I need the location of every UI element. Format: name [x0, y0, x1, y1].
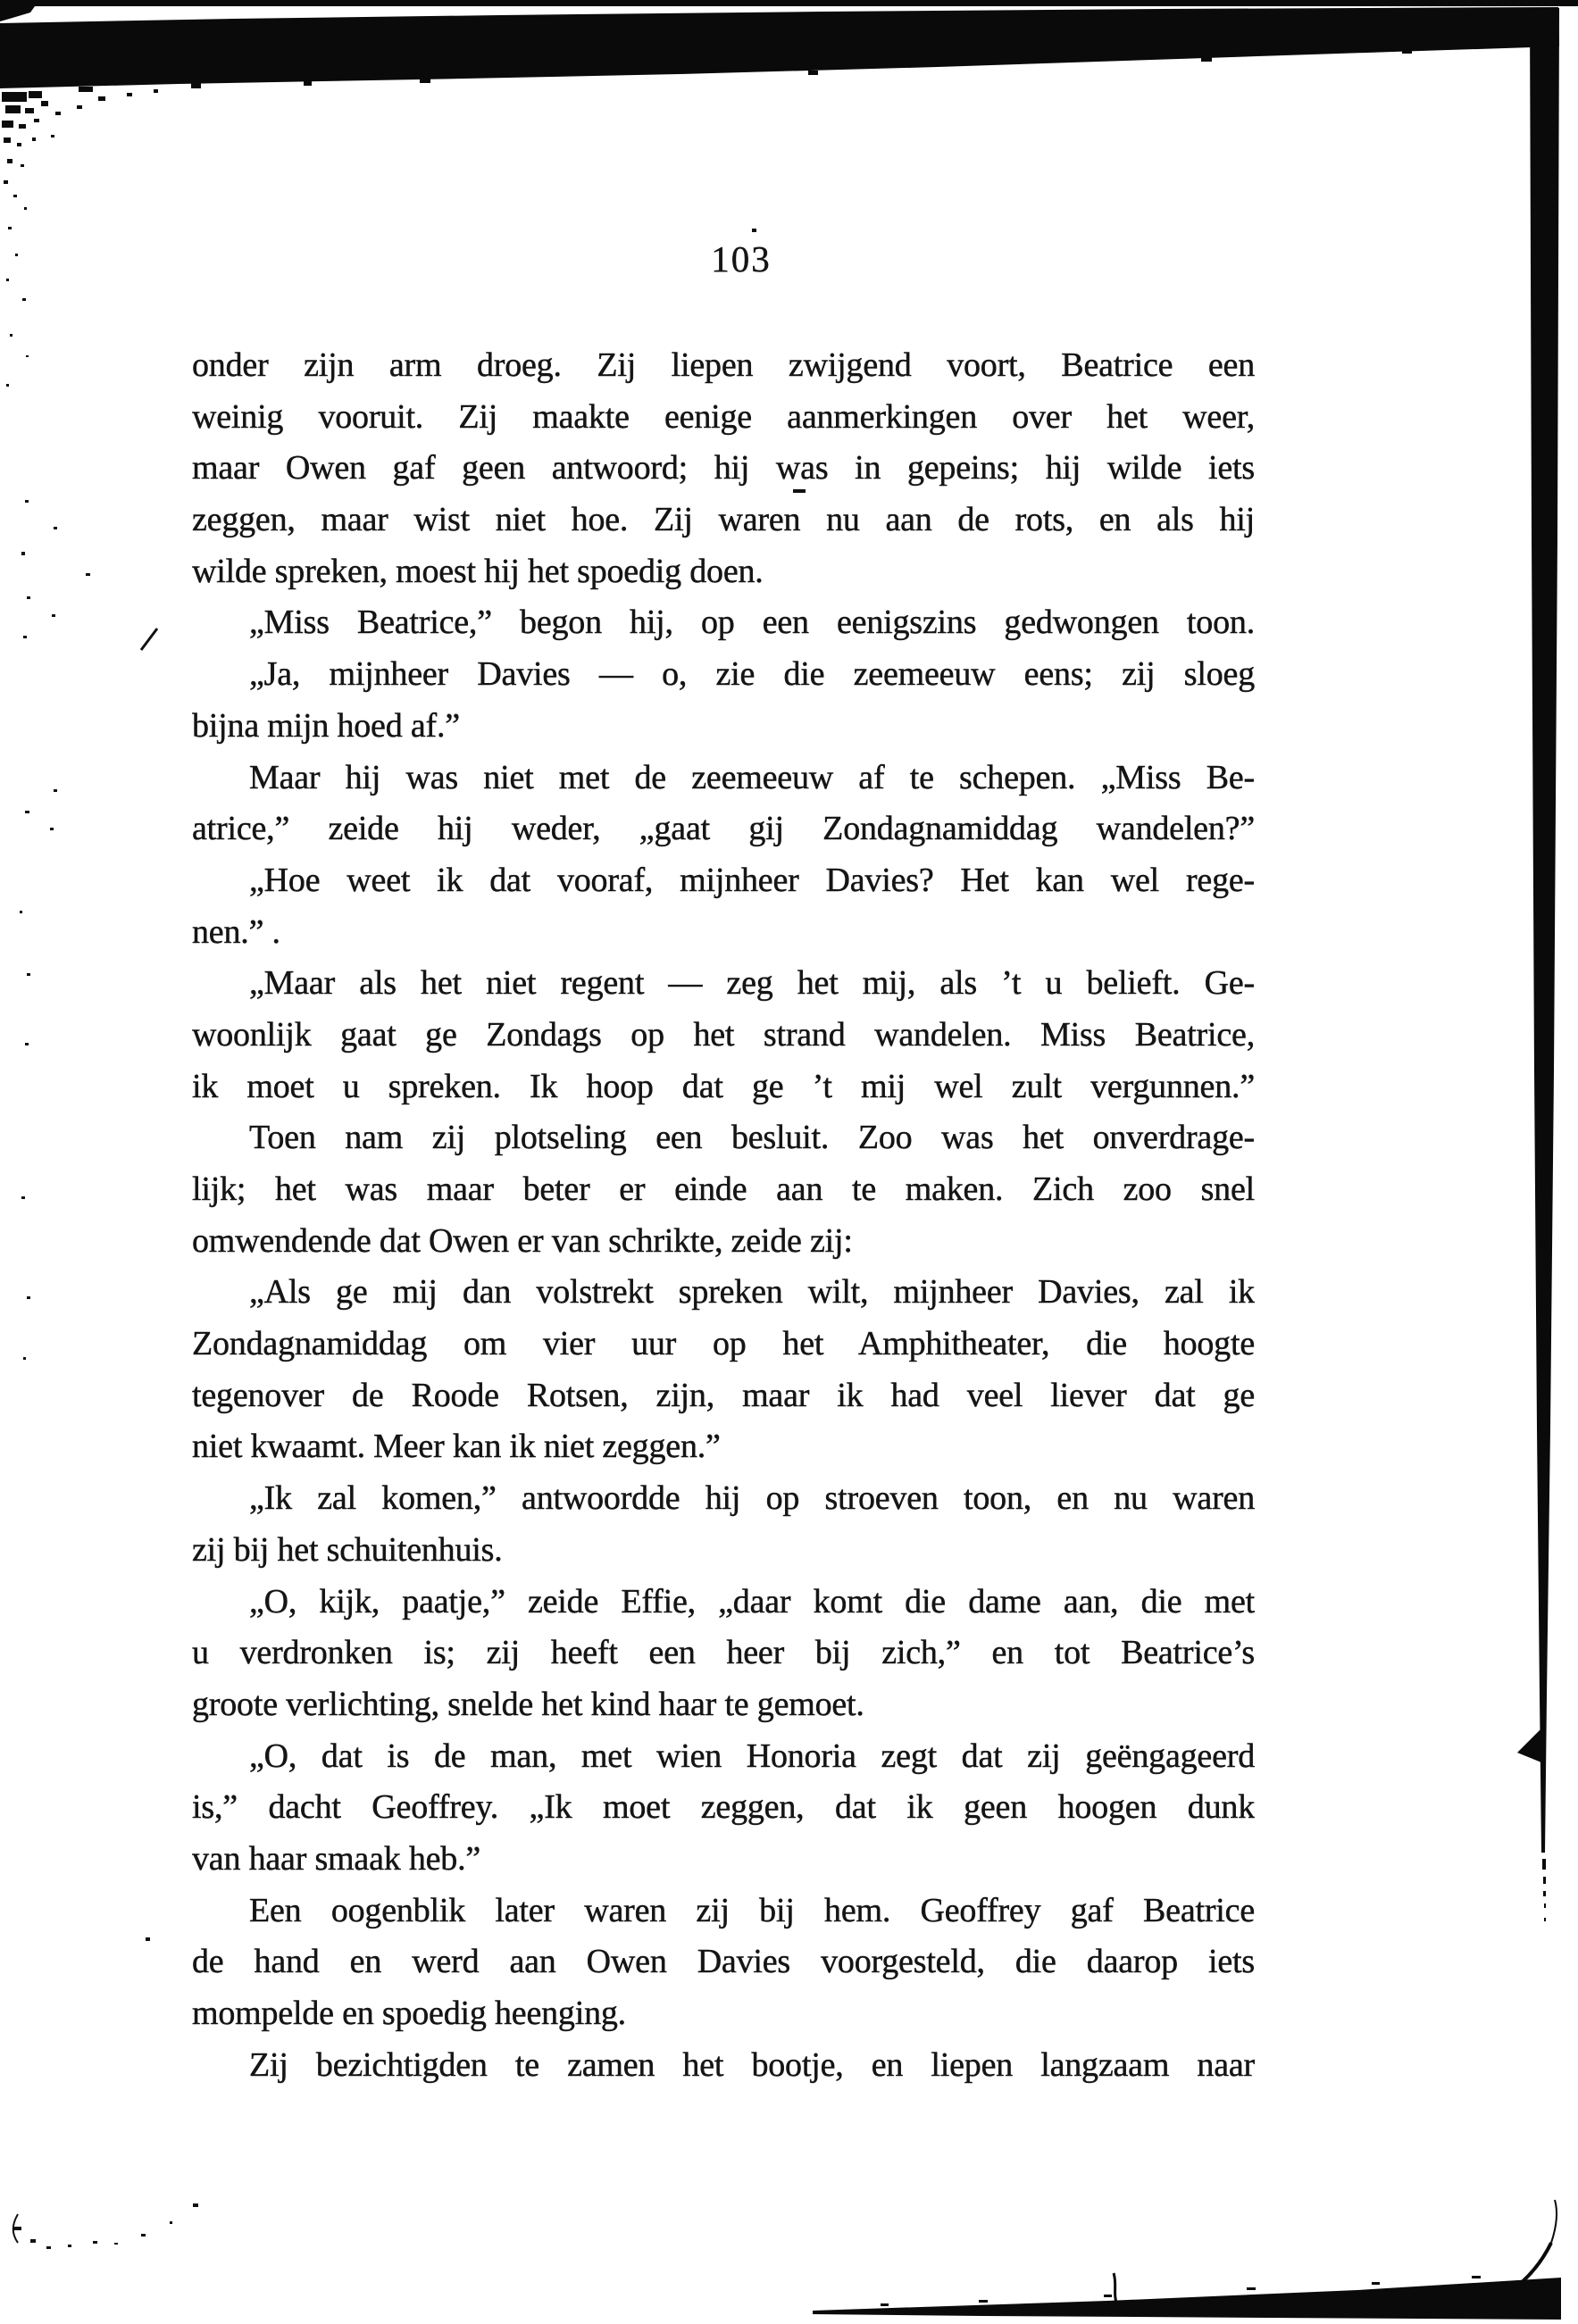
text-line: lijk; het was maar beter er einde aan te…	[192, 1164, 1255, 1216]
text-line: Een oogenblik later waren zij bij hem. G…	[192, 1886, 1255, 1937]
text-line: „Ja, mijnheer Davies — o, zie die zeemee…	[192, 649, 1255, 701]
text-line: woonlijk gaat ge Zondags op het strand w…	[192, 1010, 1255, 1062]
text-line: Toen nam zij plotseling een besluit. Zoo…	[192, 1112, 1255, 1164]
top-left-speckle-cluster	[2, 89, 158, 387]
text-line: ik moet u spreken. Ik hoop dat ge ’t mij…	[192, 1062, 1255, 1113]
text-line: „Miss Beatrice,” begon hij, op een eenig…	[192, 597, 1255, 649]
text-line: de hand en werd aan Owen Davies voorgest…	[192, 1937, 1255, 1988]
text-line: onder zijn arm droeg. Zij liepen zwijgen…	[192, 340, 1255, 392]
right-edge-shadow	[1517, 8, 1559, 1921]
text-line: Zij bezichtigden te zamen het bootje, en…	[192, 2040, 1255, 2092]
text-line: „Hoe weet ik dat vooraf, mijnheer Davies…	[192, 855, 1255, 907]
scanned-book-page: 103 onder zijn arm droeg. Zij liepen zwi…	[0, 0, 1578, 2324]
text-line: zeggen, maar wist niet hoe. Zij waren nu…	[192, 495, 1255, 546]
text-line: „Ik zal komen,” antwoordde hij op stroev…	[192, 1473, 1255, 1525]
text-line: zij bij het schuitenhuis.	[192, 1525, 1255, 1577]
text-line: groote verlichting, snelde het kind haar…	[192, 1679, 1255, 1731]
bottom-edge-shadow	[813, 2200, 1561, 2320]
text-line: u verdronken is; zij heeft een heer bij …	[192, 1628, 1255, 1679]
text-line: „Maar als het niet regent — zeg het mij,…	[192, 958, 1255, 1010]
text-line: „O, kijk, paatje,” zeide Effie, „daar ko…	[192, 1577, 1255, 1628]
text-line: nen.” .	[192, 907, 1255, 959]
text-line: bijna mijn hoed af.”	[192, 701, 1255, 753]
text-line: Zondagnamiddag om vier uur op het Amphit…	[192, 1319, 1255, 1370]
text-line: tegenover de Roode Rotsen, zijn, maar ik…	[192, 1370, 1255, 1422]
text-line: mompelde en spoedig heenging.	[192, 1988, 1255, 2040]
text-line: omwendende dat Owen er van schrikte, zei…	[192, 1216, 1255, 1268]
text-line: atrice,” zeide hij weder, „gaat gij Zond…	[192, 804, 1255, 855]
top-edge-shadow	[0, 0, 1578, 92]
text-line: weinig vooruit. Zij maakte eenige aanmer…	[192, 392, 1255, 444]
text-line: Maar hij was niet met de zeemeeuw af te …	[192, 753, 1255, 804]
text-block: onder zijn arm droeg. Zij liepen zwijgen…	[192, 340, 1255, 2091]
text-line: „Als ge mij dan volstrekt spreken wilt, …	[192, 1267, 1255, 1319]
text-line: wilde spreken, moest hij het spoedig doe…	[192, 546, 1255, 598]
text-line: „O, dat is de man, met wien Honoria zegt…	[192, 1731, 1255, 1783]
text-line: niet kwaamt. Meer kan ik niet zeggen.”	[192, 1421, 1255, 1473]
text-line: maar Owen gaf geen antwoord; hij was in …	[192, 443, 1255, 495]
text-line: is,” dacht Geoffrey. „Ik moet zeggen, da…	[192, 1782, 1255, 1834]
page-number: 103	[210, 237, 1273, 280]
text-line: van haar smaak heb.”	[192, 1834, 1255, 1886]
